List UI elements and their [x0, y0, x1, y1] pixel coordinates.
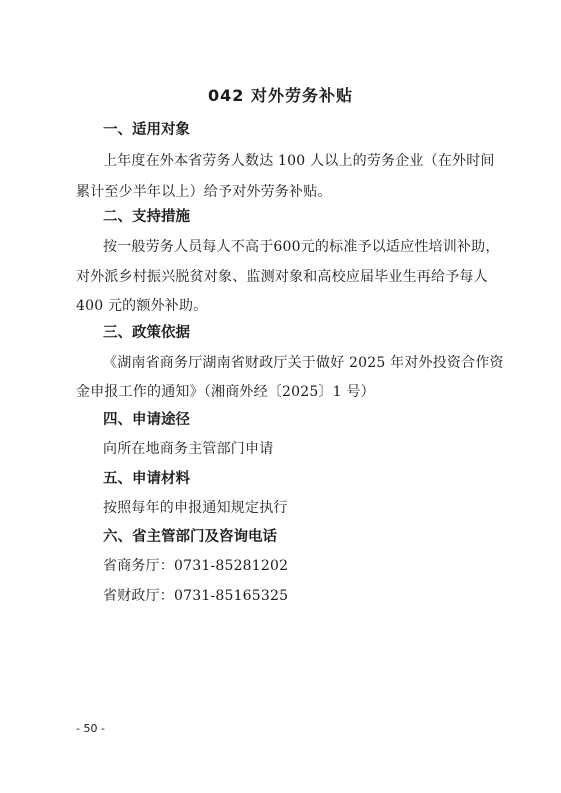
section-heading-contacts: 六、省主管部门及咨询电话 — [103, 525, 277, 546]
section-heading-policy-basis: 三、政策依据 — [103, 321, 190, 342]
document-page: 042 对外劳务补贴 一、适用对象 上年度在外本省劳务人数达 100 人以上的劳… — [0, 0, 561, 793]
section-heading-measures: 二、支持措施 — [103, 205, 190, 226]
paragraph-line: 《湖南省商务厅湖南省财政厅关于做好 2025 年对外投资合作资 — [103, 352, 504, 372]
contact-line: 省商务厅：0731-85281202 — [103, 555, 288, 575]
page-number: - 50 - — [76, 722, 105, 735]
contact-line: 省财政厅：0731-85165325 — [103, 585, 288, 605]
paragraph-line: 累计至少半年以上）给予对外劳务补贴。 — [76, 181, 332, 201]
section-heading-eligibility: 一、适用对象 — [103, 118, 190, 139]
section-heading-materials: 五、申请材料 — [103, 467, 190, 488]
paragraph-line: 对外派乡村振兴脱贫对象、监测对象和高校应届毕业生再给予每人 — [76, 266, 488, 286]
section-heading-application-channel: 四、申请途径 — [103, 408, 190, 429]
paragraph-line: 按一般劳务人员每人不高于600元的标准予以适应性培训补助， — [103, 236, 500, 256]
page-title: 042 对外劳务补贴 — [0, 83, 561, 106]
paragraph-line: 金申报工作的通知》（湘商外经〔2025〕1 号） — [76, 381, 375, 401]
paragraph-line: 400 元的额外补助。 — [76, 295, 207, 315]
paragraph-line: 向所在地商务主管部门申请 — [103, 438, 273, 458]
paragraph-line: 上年度在外本省劳务人数达 100 人以上的劳务企业（在外时间 — [103, 150, 495, 170]
paragraph-line: 按照每年的申报通知规定执行 — [103, 497, 288, 517]
